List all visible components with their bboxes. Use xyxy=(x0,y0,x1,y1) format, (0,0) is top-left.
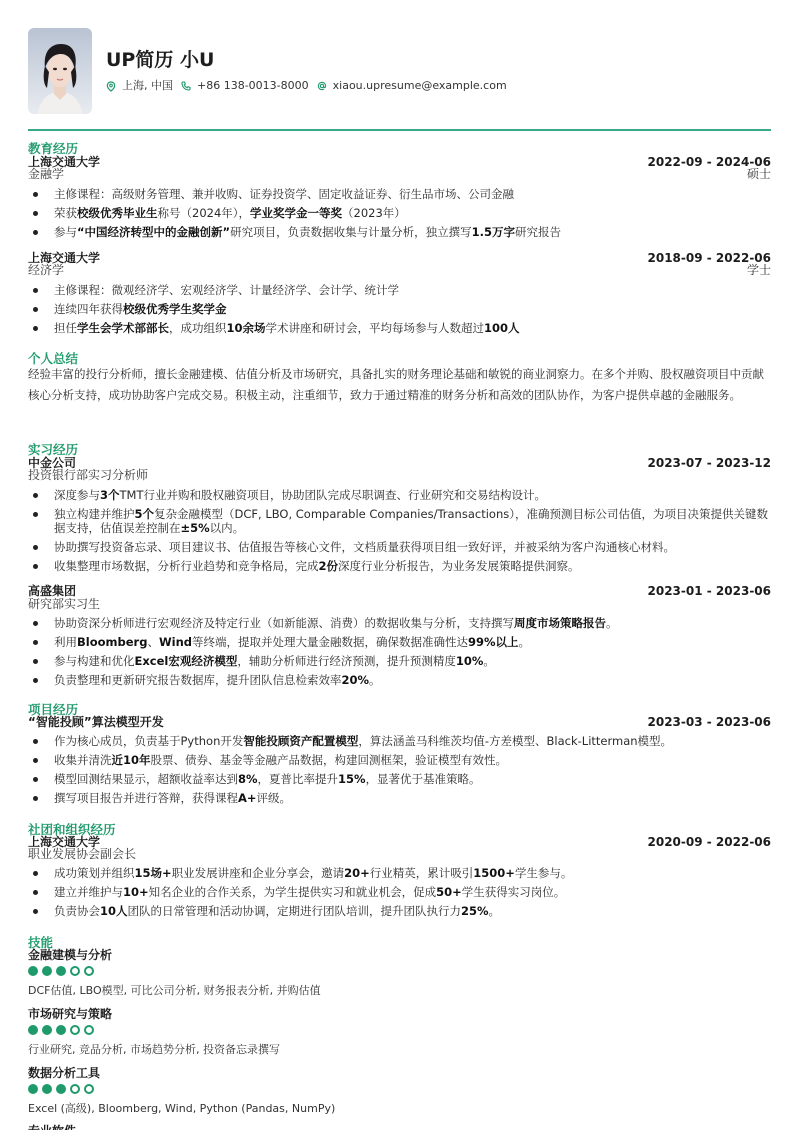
activity-bullets: 成功策划并组织15场+职业发展讲座和企业分享会，邀请20+行业精英，累计吸引15… xyxy=(28,866,771,923)
education-degree: 硕士 xyxy=(747,168,771,181)
bullet-item: 收集整理市场数据，分析行业趋势和竞争格局，完成2份深度行业分析报告，为业务发展策… xyxy=(28,559,771,573)
contact-location: 上海, 中国 xyxy=(106,79,173,93)
skill-level-dots xyxy=(28,1084,98,1094)
filled-dot-icon xyxy=(28,966,38,976)
filled-dot-icon xyxy=(42,1025,52,1035)
summary-text: 经验丰富的投行分析师，擅长金融建模、估值分析及市场研究，具备扎实的财务理论基础和… xyxy=(28,364,771,406)
bullet-item: 参与“中国经济转型中的金融创新”研究项目，负责数据收集与计量分析，独立撰写1.5… xyxy=(28,225,771,239)
empty-dot-icon xyxy=(84,966,94,976)
avatar-photo xyxy=(28,28,92,114)
activity-role: 职业发展协会副会长 xyxy=(28,848,136,861)
bullet-item: 成功策划并组织15场+职业发展讲座和企业分享会，邀请20+行业精英，累计吸引15… xyxy=(28,866,771,880)
bullet-item: 撰写项目报告并进行答辩，获得课程A+评级。 xyxy=(28,791,771,805)
bullet-item: 作为核心成员，负责基于Python开发智能投顾资产配置模型，算法涵盖马科维茨均值… xyxy=(28,734,771,748)
project-bullets: 作为核心成员，负责基于Python开发智能投顾资产配置模型，算法涵盖马科维茨均值… xyxy=(28,734,771,810)
activity-date: 2020-09 - 2022-06 xyxy=(648,836,772,849)
empty-dot-icon xyxy=(70,1084,80,1094)
project-name: “智能投顾”算法模型开发 xyxy=(28,716,164,729)
skill-level-dots xyxy=(28,1025,98,1035)
empty-dot-icon xyxy=(84,1084,94,1094)
bullet-item: 独立构建并维护5个复杂金融模型（DCF, LBO, Comparable Com… xyxy=(28,507,771,535)
empty-dot-icon xyxy=(70,1025,80,1035)
skill-name: 市场研究与策略 xyxy=(28,1007,112,1021)
phone-icon xyxy=(181,81,191,91)
skill-desc: 行业研究, 竞品分析, 市场趋势分析, 投资备忘录撰写 xyxy=(28,1043,280,1056)
filled-dot-icon xyxy=(28,1084,38,1094)
bullet-item: 主修课程：微观经济学、宏观经济学、计量经济学、会计学、统计学 xyxy=(28,283,771,297)
filled-dot-icon xyxy=(28,1025,38,1035)
bullet-item: 利用Bloomberg、Wind等终端，提取并处理大量金融数据，确保数据准确性达… xyxy=(28,635,771,649)
filled-dot-icon xyxy=(56,1025,66,1035)
bullet-item: 深度参与3个TMT行业并购和股权融资项目，协助团队完成尽职调查、行业研究和交易结… xyxy=(28,488,771,502)
bullet-item: 荣获校级优秀毕业生称号（2024年），学业奖学金一等奖（2023年） xyxy=(28,206,771,220)
section-title-internships: 实习经历 xyxy=(28,443,78,457)
internship-bullets: 协助资深分析师进行宏观经济及特定行业（如新能源、消费）的数据收集与分析，支持撰写… xyxy=(28,616,771,692)
filled-dot-icon xyxy=(56,966,66,976)
bullet-item: 连续四年获得校级优秀学生奖学金 xyxy=(28,302,771,316)
education-degree: 学士 xyxy=(747,264,771,277)
skill-desc: Excel (高级), Bloomberg, Wind, Python (Pan… xyxy=(28,1102,335,1115)
bullet-item: 协助资深分析师进行宏观经济及特定行业（如新能源、消费）的数据收集与分析，支持撰写… xyxy=(28,616,771,630)
section-title-education: 教育经历 xyxy=(28,142,78,156)
bullet-item: 收集并清洗近10年股票、债券、基金等金融产品数据，构建回测框架，验证模型有效性。 xyxy=(28,753,771,767)
internship-date: 2023-01 - 2023-06 xyxy=(648,585,772,598)
bullet-item: 负责协会10人团队的日常管理和活动协调，定期进行团队培训，提升团队执行力25%。 xyxy=(28,904,771,918)
phone-text: +86 138-0013-8000 xyxy=(197,79,309,93)
skill-name: 数据分析工具 xyxy=(28,1066,100,1080)
header-divider xyxy=(28,129,771,131)
skill-name: 金融建模与分析 xyxy=(28,948,112,962)
internship-bullets: 深度参与3个TMT行业并购和股权融资项目，协助团队完成尽职调查、行业研究和交易结… xyxy=(28,488,771,578)
bullet-item: 参与构建和优化Excel宏观经济模型，辅助分析师进行经济预测，提升预测精度10%… xyxy=(28,654,771,668)
skill-level-dots xyxy=(28,966,98,976)
bullet-item: 模型回测结果显示，超额收益率达到8%，夏普比率提升15%，显著优于基准策略。 xyxy=(28,772,771,786)
filled-dot-icon xyxy=(42,1084,52,1094)
skill-name: 专业软件 xyxy=(28,1124,76,1130)
resume-header: UP简历 小U 上海, 中国 +86 138-0013-8000 xiaou.u… xyxy=(28,28,771,114)
contact-email: xiaou.upresume@example.com xyxy=(317,79,507,93)
education-major: 经济学 xyxy=(28,264,64,277)
bullet-item: 协助撰写投资备忘录、项目建议书、估值报告等核心文件，文档质量获得项目组一致好评，… xyxy=(28,540,771,554)
location-pin-icon xyxy=(106,81,116,92)
filled-dot-icon xyxy=(42,966,52,976)
bullet-item: 负责整理和更新研究报告数据库，提升团队信息检索效率20%。 xyxy=(28,673,771,687)
bullet-item: 建立并维护与10+知名企业的合作关系，为学生提供实习和就业机会，促成50+学生获… xyxy=(28,885,771,899)
location-text: 上海, 中国 xyxy=(122,79,173,93)
empty-dot-icon xyxy=(70,966,80,976)
internship-role: 投资银行部实习分析师 xyxy=(28,469,148,482)
bullet-item: 担任学生会学术部部长，成功组织10余场学术讲座和研讨会，平均每场参与人数超过10… xyxy=(28,321,771,335)
internship-date: 2023-07 - 2023-12 xyxy=(648,457,772,470)
candidate-name: UP简历 小U xyxy=(106,48,214,72)
education-major: 金融学 xyxy=(28,168,64,181)
at-sign-icon xyxy=(317,81,327,91)
education-bullets: 主修课程：微观经济学、宏观经济学、计量经济学、会计学、统计学连续四年获得校级优秀… xyxy=(28,283,771,340)
bullet-item: 主修课程：高级财务管理、兼并收购、证券投资学、固定收益证券、衍生品市场、公司金融 xyxy=(28,187,771,201)
empty-dot-icon xyxy=(84,1025,94,1035)
email-text: xiaou.upresume@example.com xyxy=(333,79,507,93)
education-bullets: 主修课程：高级财务管理、兼并收购、证券投资学、固定收益证券、衍生品市场、公司金融… xyxy=(28,187,771,244)
filled-dot-icon xyxy=(56,1084,66,1094)
project-date: 2023-03 - 2023-06 xyxy=(648,716,772,729)
contact-info: 上海, 中国 +86 138-0013-8000 xiaou.upresume@… xyxy=(106,79,515,93)
skill-desc: DCF估值, LBO模型, 可比公司分析, 财务报表分析, 并购估值 xyxy=(28,984,321,997)
internship-role: 研究部实习生 xyxy=(28,598,100,611)
contact-phone: +86 138-0013-8000 xyxy=(181,79,309,93)
